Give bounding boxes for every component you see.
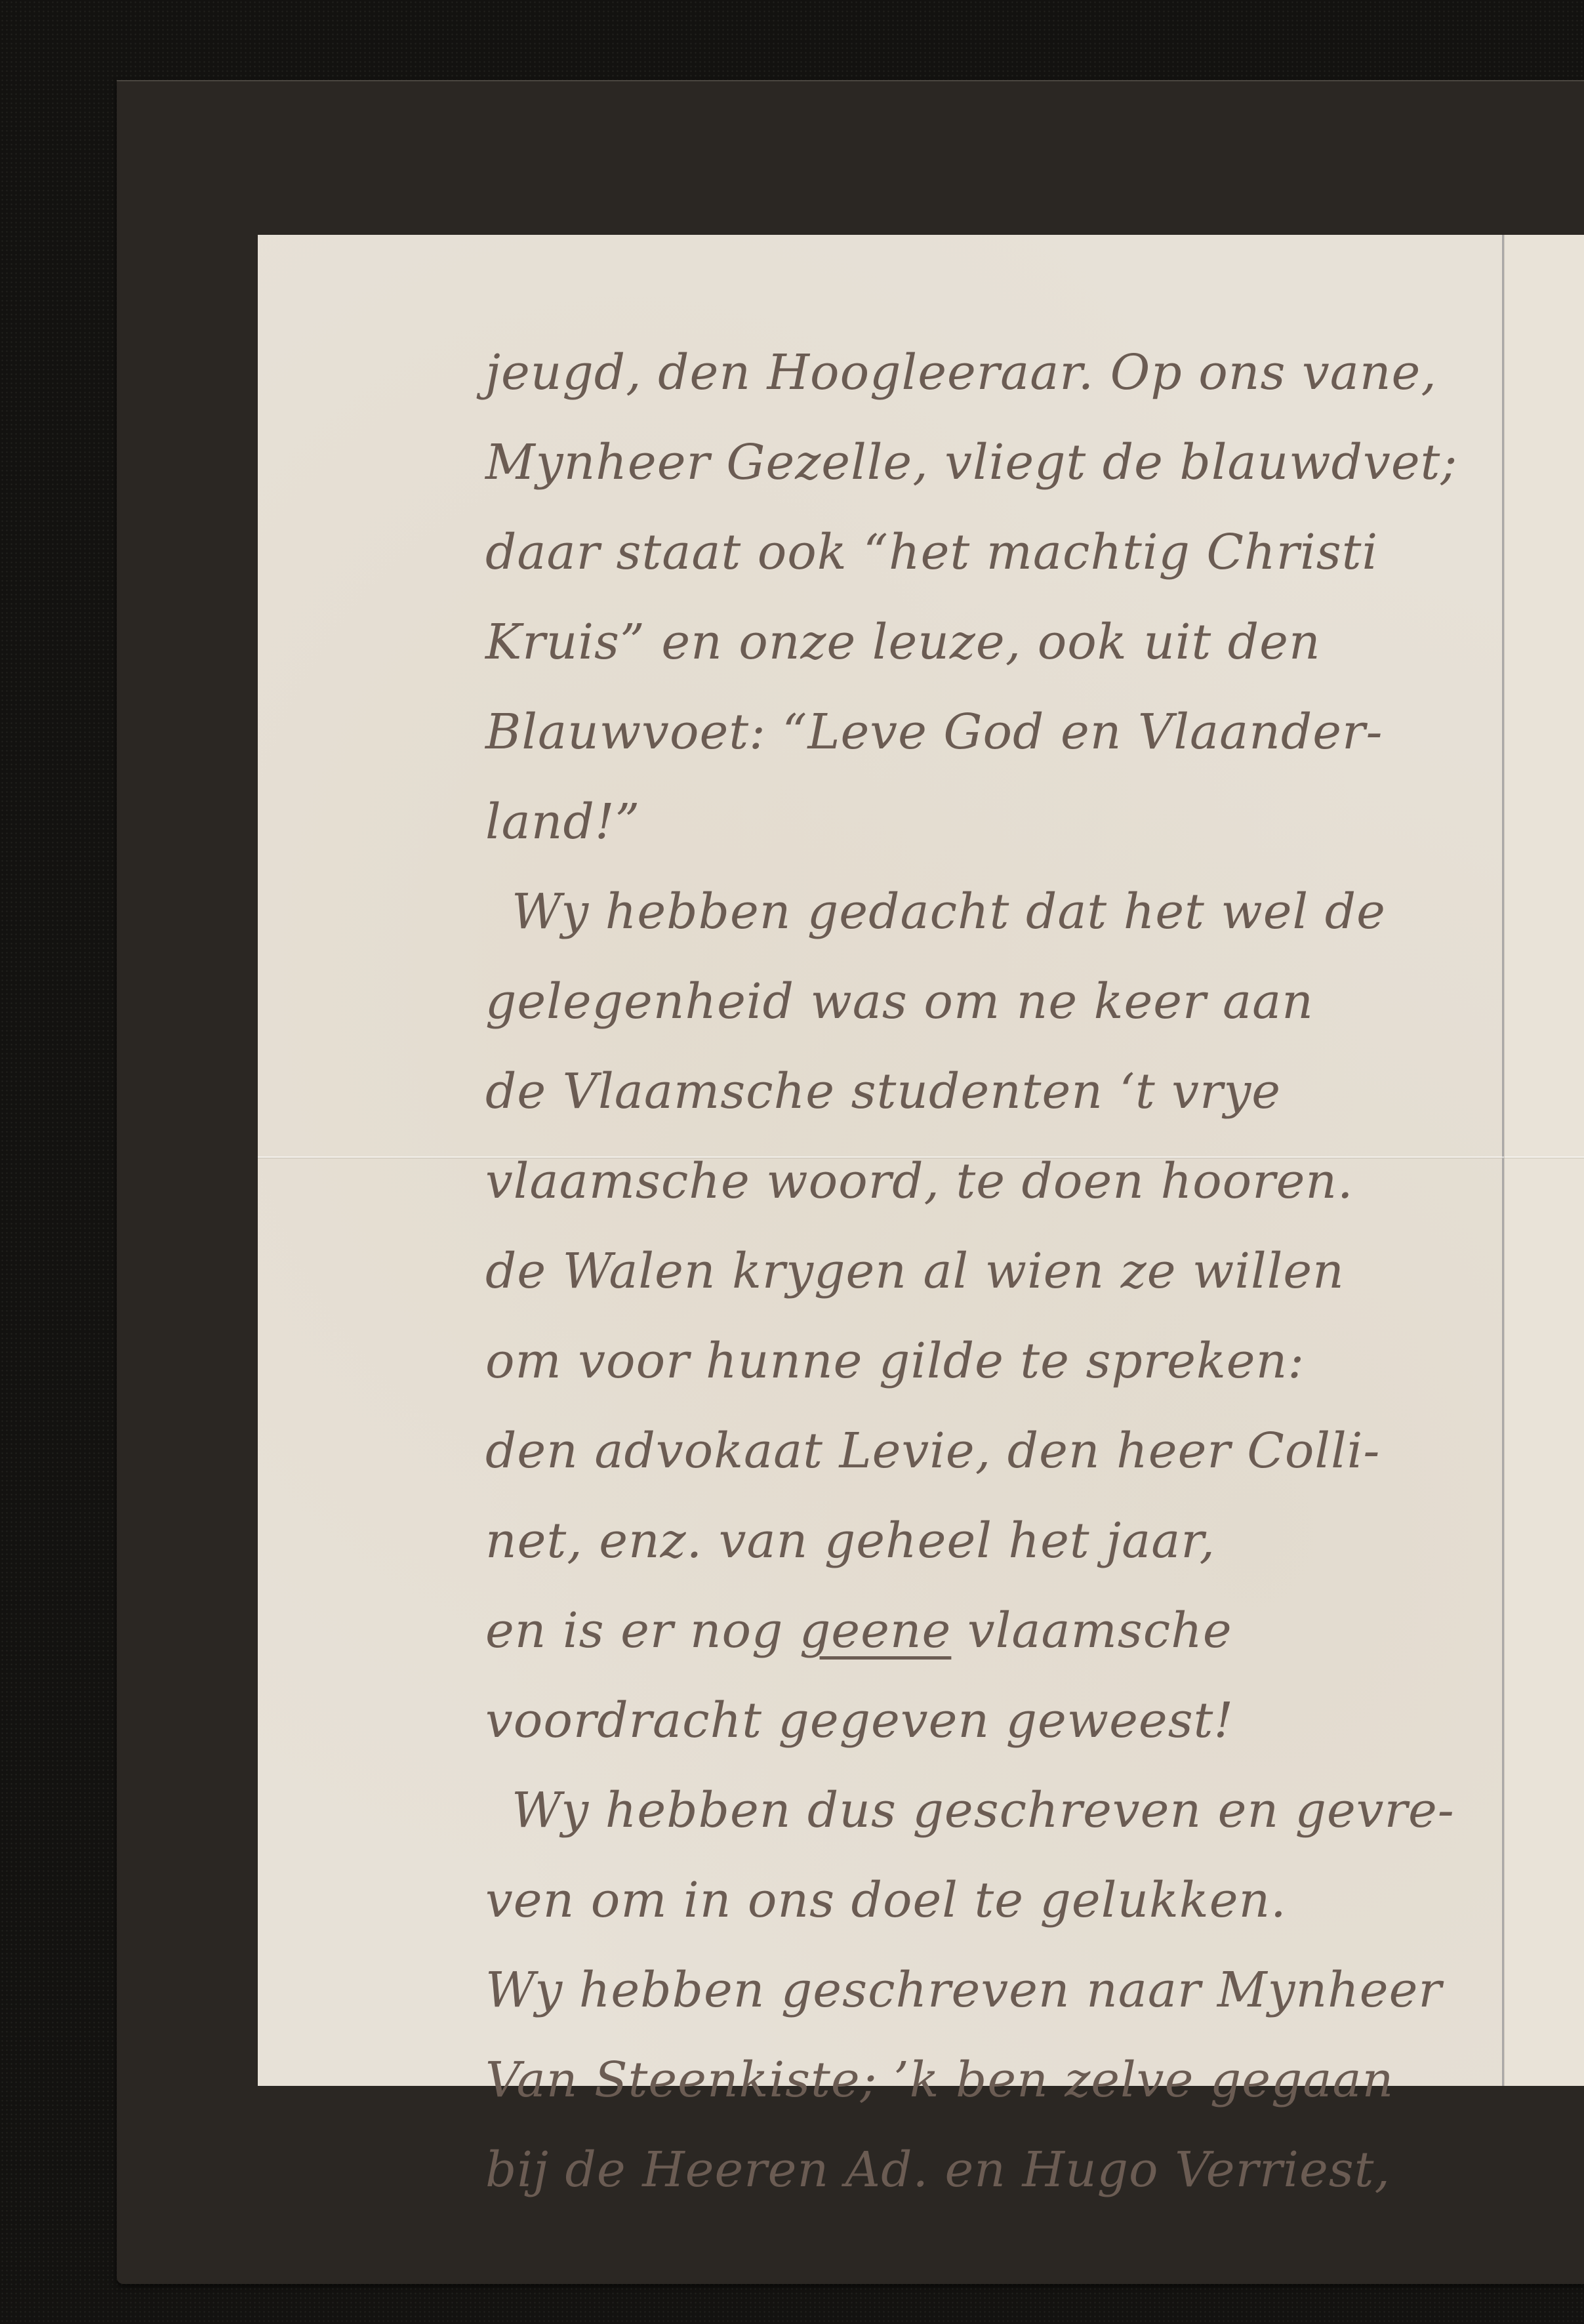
text-line: daar staat ook “het machtig Christi <box>485 508 1482 598</box>
text-line: vlaamsche woord, te doen hooren. <box>485 1137 1482 1227</box>
underlined-word: geene <box>800 1602 951 1659</box>
text-line: voordracht gegeven geweest! <box>485 1676 1482 1766</box>
text-segment: en is er nog <box>485 1602 800 1659</box>
text-line: jeugd, den Hoogleeraar. Op ons vane, <box>485 328 1482 418</box>
text-line: Blauwvoet: “Leve God en Vlaander- <box>485 687 1482 777</box>
text-line: Van Steenkiste; ’k ben zelve gegaan <box>485 2035 1482 2125</box>
handwritten-text-block: jeugd, den Hoogleeraar. Op ons vane, Myn… <box>485 328 1482 2215</box>
text-line: net, enz. van geheel het jaar, <box>485 1496 1482 1586</box>
text-line: de Walen krygen al wien ze willen <box>485 1227 1482 1316</box>
text-line: Kruis” en onze leuze, ook uit den <box>485 598 1482 687</box>
text-segment: vlaamsche <box>951 1602 1232 1659</box>
text-line: Wy hebben dus geschreven en gevre- <box>485 1766 1482 1856</box>
text-line: gelegenheid was om ne keer aan <box>485 957 1482 1047</box>
text-line: ven om in ons doel te gelukken. <box>485 1856 1482 1946</box>
text-line: land!” <box>485 777 1482 867</box>
text-line: den advokaat Levie, den heer Colli- <box>485 1406 1482 1496</box>
adjacent-page-strip <box>1504 235 1584 2086</box>
vertical-fold-crease <box>1502 235 1504 2086</box>
text-line: Mynheer Gezelle, vliegt de blauwdvet; <box>485 418 1482 508</box>
text-line: Wy hebben geschreven naar Mynheer <box>485 1946 1482 2035</box>
text-line: de Vlaamsche studenten ‘t vrye <box>485 1047 1482 1137</box>
text-line: om voor hunne gilde te spreken: <box>485 1316 1482 1406</box>
text-line-with-underline: en is er nog geene vlaamsche <box>485 1586 1482 1676</box>
text-line: bij de Heeren Ad. en Hugo Verriest, <box>485 2125 1482 2215</box>
text-line: Wy hebben gedacht dat het wel de <box>485 867 1482 957</box>
